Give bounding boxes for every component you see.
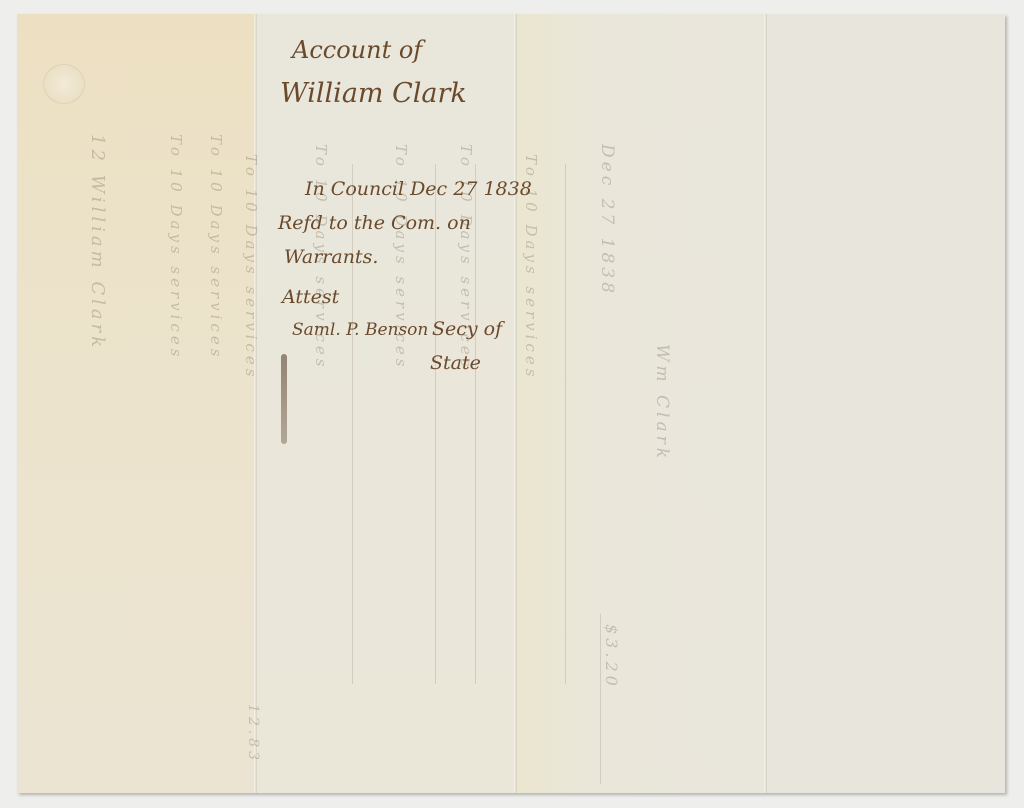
fold-line — [764, 14, 767, 793]
panel-right — [765, 14, 1005, 793]
heading-line-2: William Clark — [280, 78, 467, 109]
ruled-line — [435, 164, 436, 684]
endorsement-line-1: In Council Dec 27 1838 — [305, 178, 532, 200]
bleed-text: To 10 Days services — [167, 134, 185, 360]
bleed-text: Wm Clark — [652, 344, 672, 462]
fold-line — [254, 14, 257, 793]
bleed-text: Dec 27 1838 — [597, 144, 617, 297]
secretary-title-line-2: State — [430, 352, 481, 374]
panel-center-right — [515, 14, 765, 793]
bleed-text: 12.83 — [245, 704, 261, 764]
ruled-line — [565, 164, 566, 684]
bleed-text: 12 William Clark — [87, 134, 108, 351]
bleed-text: To 10 Days services — [242, 154, 260, 380]
embossed-seal-icon — [43, 64, 85, 104]
ruled-line — [352, 164, 353, 684]
ruled-line — [475, 164, 476, 684]
heading-line-1: Account of — [292, 36, 422, 64]
fold-line — [514, 14, 517, 793]
endorsement-line-3: Warrants. — [284, 246, 378, 268]
secretary-title-line-1: Secy of — [432, 318, 502, 340]
bleed-text: $3.20 — [602, 624, 621, 690]
document-sheet: 12 William Clark To 10 Days services To … — [17, 14, 1005, 793]
ruled-line — [600, 614, 601, 784]
ink-mark — [281, 354, 287, 444]
panel-center-left — [255, 14, 515, 793]
bleed-text: To 10 Days services — [207, 134, 225, 360]
panel-left — [17, 14, 255, 793]
endorsement-line-2: Refd to the Com. on — [278, 212, 471, 234]
attest-label: Attest — [282, 286, 339, 308]
signature: Saml. P. Benson — [292, 320, 428, 340]
